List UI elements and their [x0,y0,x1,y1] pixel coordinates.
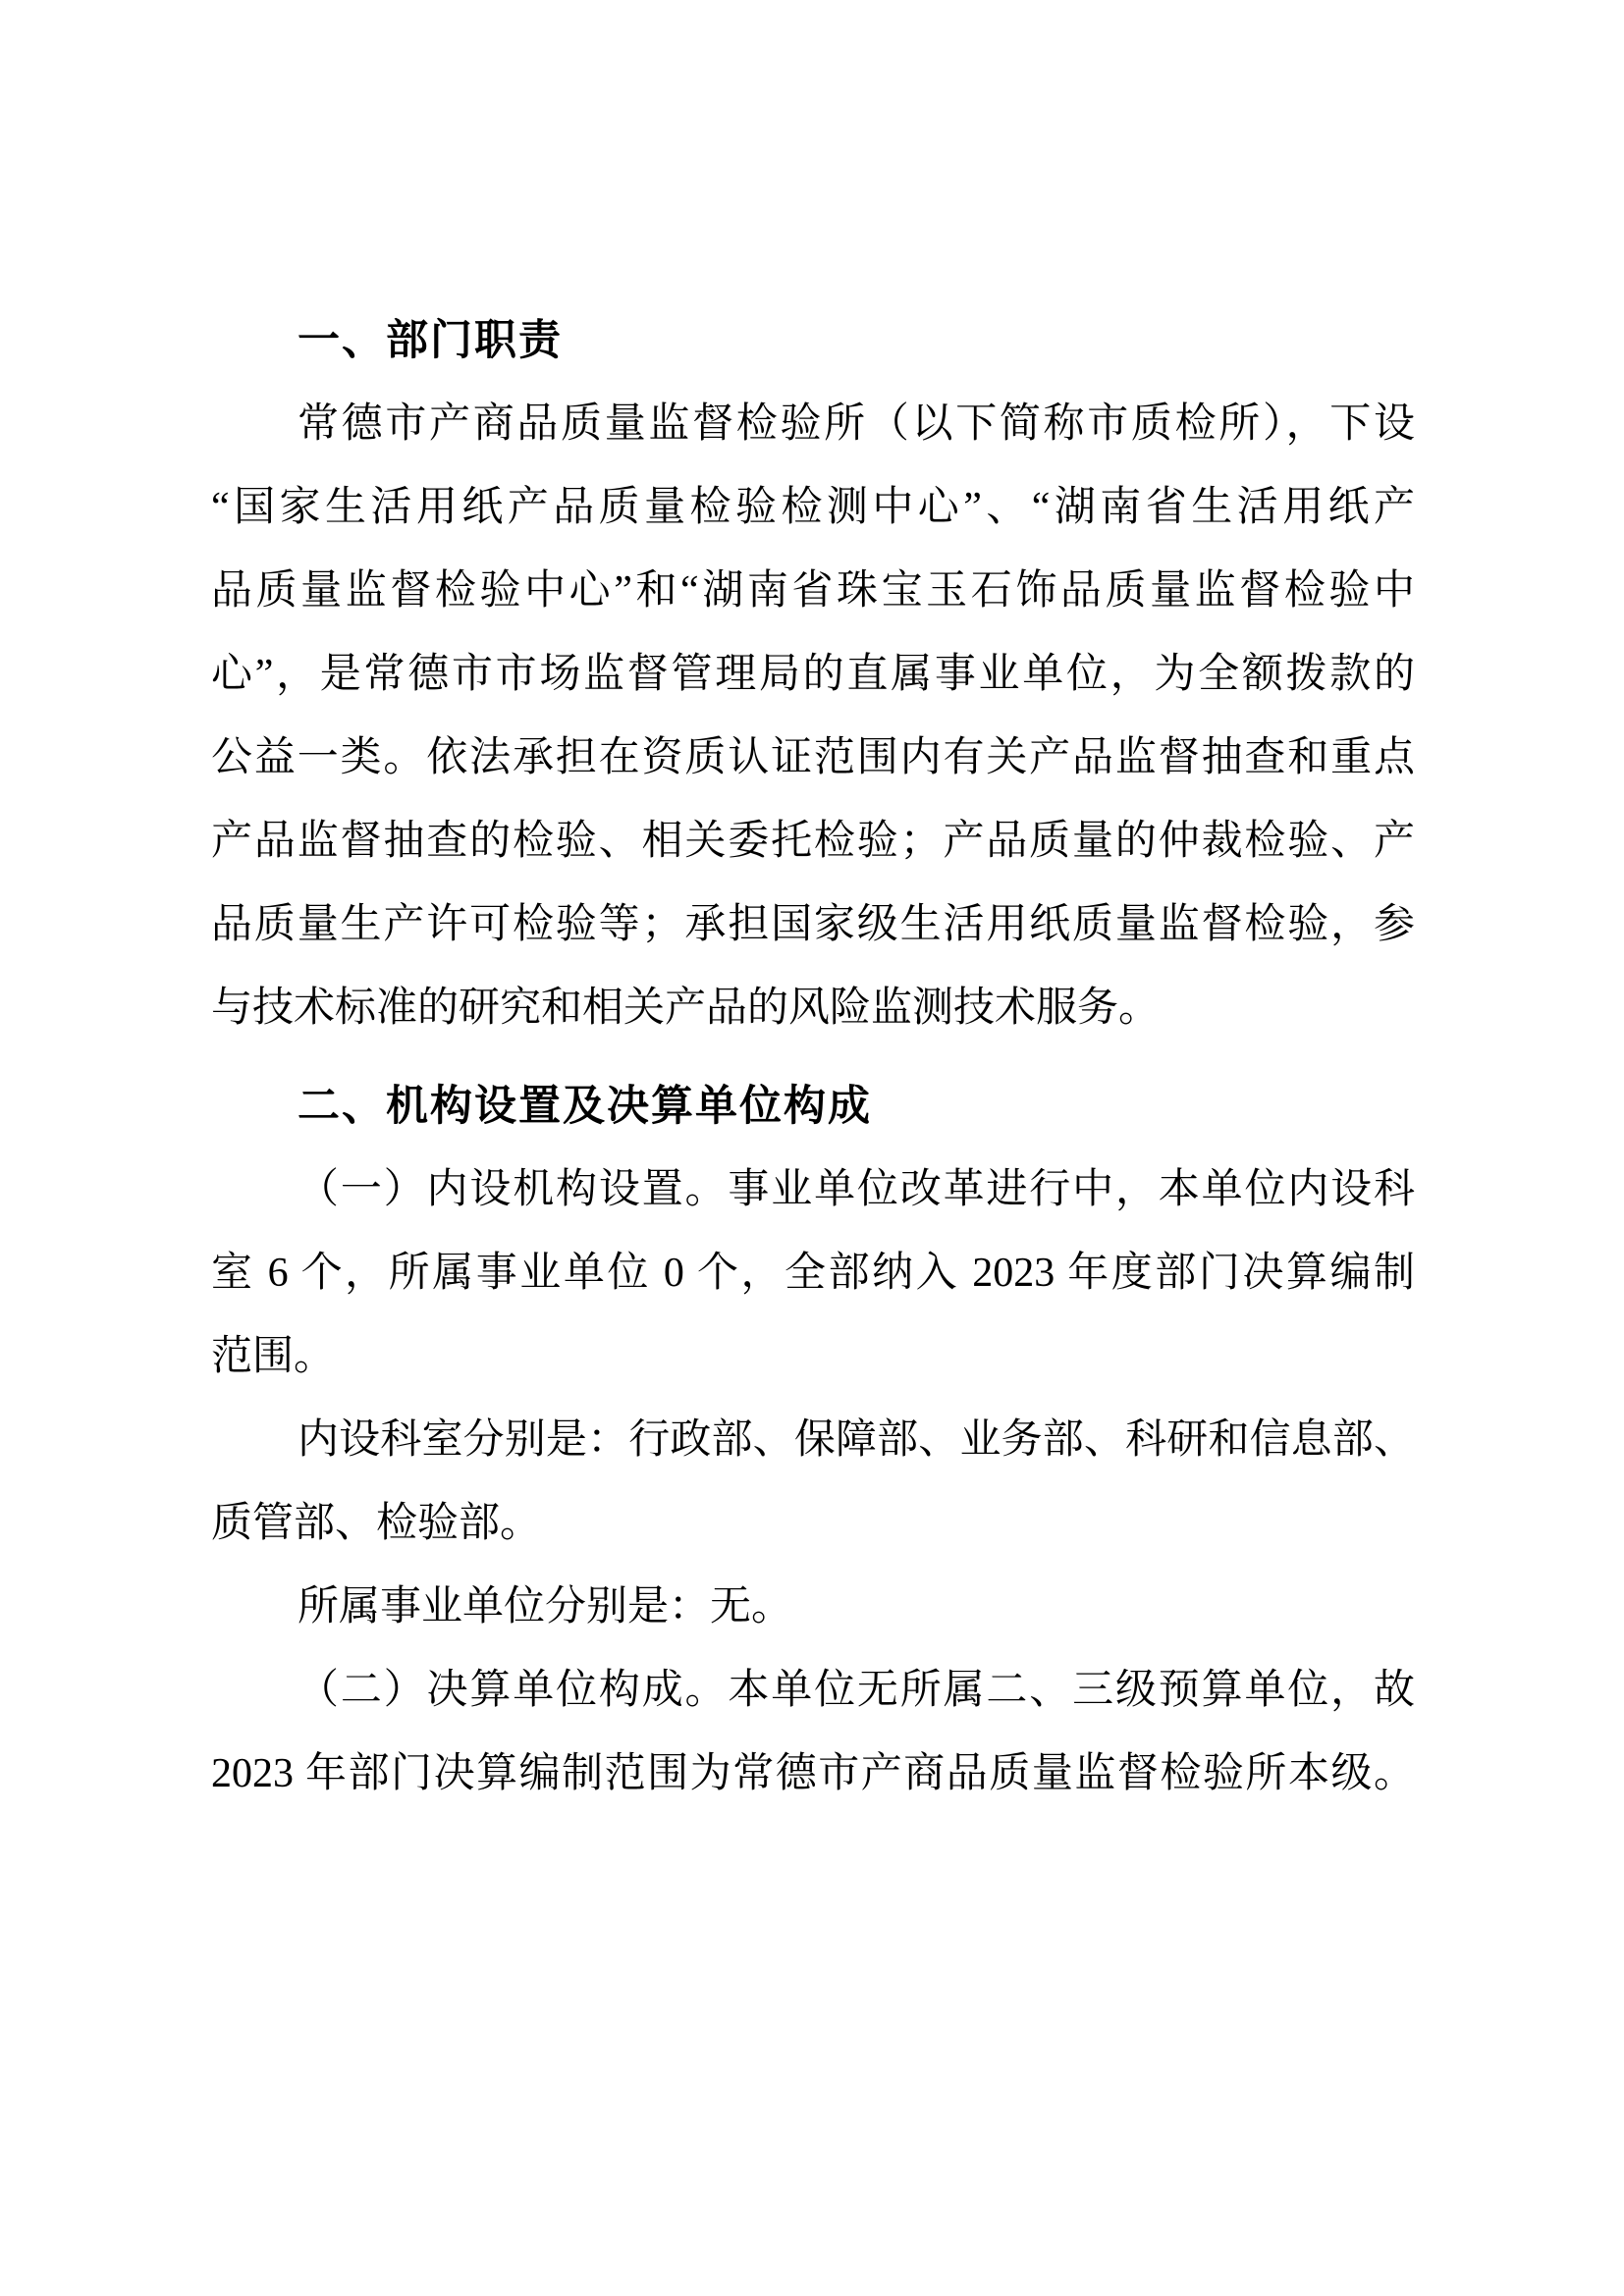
paragraph-4-line-1: 所属事业单位分别是：无。 [211,1566,1415,1649]
paragraph-1-line-2: “国家生活用纸产品质量检验检测中心”、“湖南省生活用纸产 [211,466,1415,550]
paragraph-1-line-4: 心”，是常德市市场监督管理局的直属事业单位，为全额拨款的 [211,633,1415,717]
section-heading-1: 一、部门职责 [211,299,1415,383]
paragraph-1-line-3: 品质量监督检验中心”和“湖南省珠宝玉石饰品质量监督检验中 [211,550,1415,633]
paragraph-5-line-2: 2023 年部门决算编制范围为常德市产商品质量监督检验所本级。 [211,1733,1415,1816]
paragraph-3-line-2: 质管部、检验部。 [211,1482,1415,1566]
paragraph-1-line-5: 公益一类。依法承担在资质认证范围内有关产品监督抽查和重点 [211,717,1415,800]
paragraph-1-line-6: 产品监督抽查的检验、相关委托检验；产品质量的仲裁检验、产 [211,800,1415,883]
paragraph-3-line-1: 内设科室分别是：行政部、保障部、业务部、科研和信息部、 [211,1399,1415,1482]
paragraph-2-line-2: 室 6 个，所属事业单位 0 个，全部纳入 2023 年度部门决算编制 [211,1232,1415,1315]
document-page: 一、部门职责 常德市产商品质量监督检验所（以下简称市质检所），下设 “国家生活用… [0,0,1624,2296]
paragraph-1-line-1: 常德市产商品质量监督检验所（以下简称市质检所），下设 [211,383,1415,466]
paragraph-2-line-1: （一）内设机构设置。事业单位改革进行中，本单位内设科 [211,1148,1415,1232]
paragraph-2-line-3: 范围。 [211,1315,1415,1399]
paragraph-1-line-7: 品质量生产许可检验等；承担国家级生活用纸质量监督检验，参 [211,883,1415,967]
document-body: 一、部门职责 常德市产商品质量监督检验所（以下简称市质检所），下设 “国家生活用… [211,299,1415,1816]
section-heading-2: 二、机构设置及决算单位构成 [211,1065,1415,1148]
paragraph-5-line-1: （二）决算单位构成。本单位无所属二、三级预算单位，故 [211,1649,1415,1733]
paragraph-1-line-8: 与技术标准的研究和相关产品的风险监测技术服务。 [211,967,1415,1050]
